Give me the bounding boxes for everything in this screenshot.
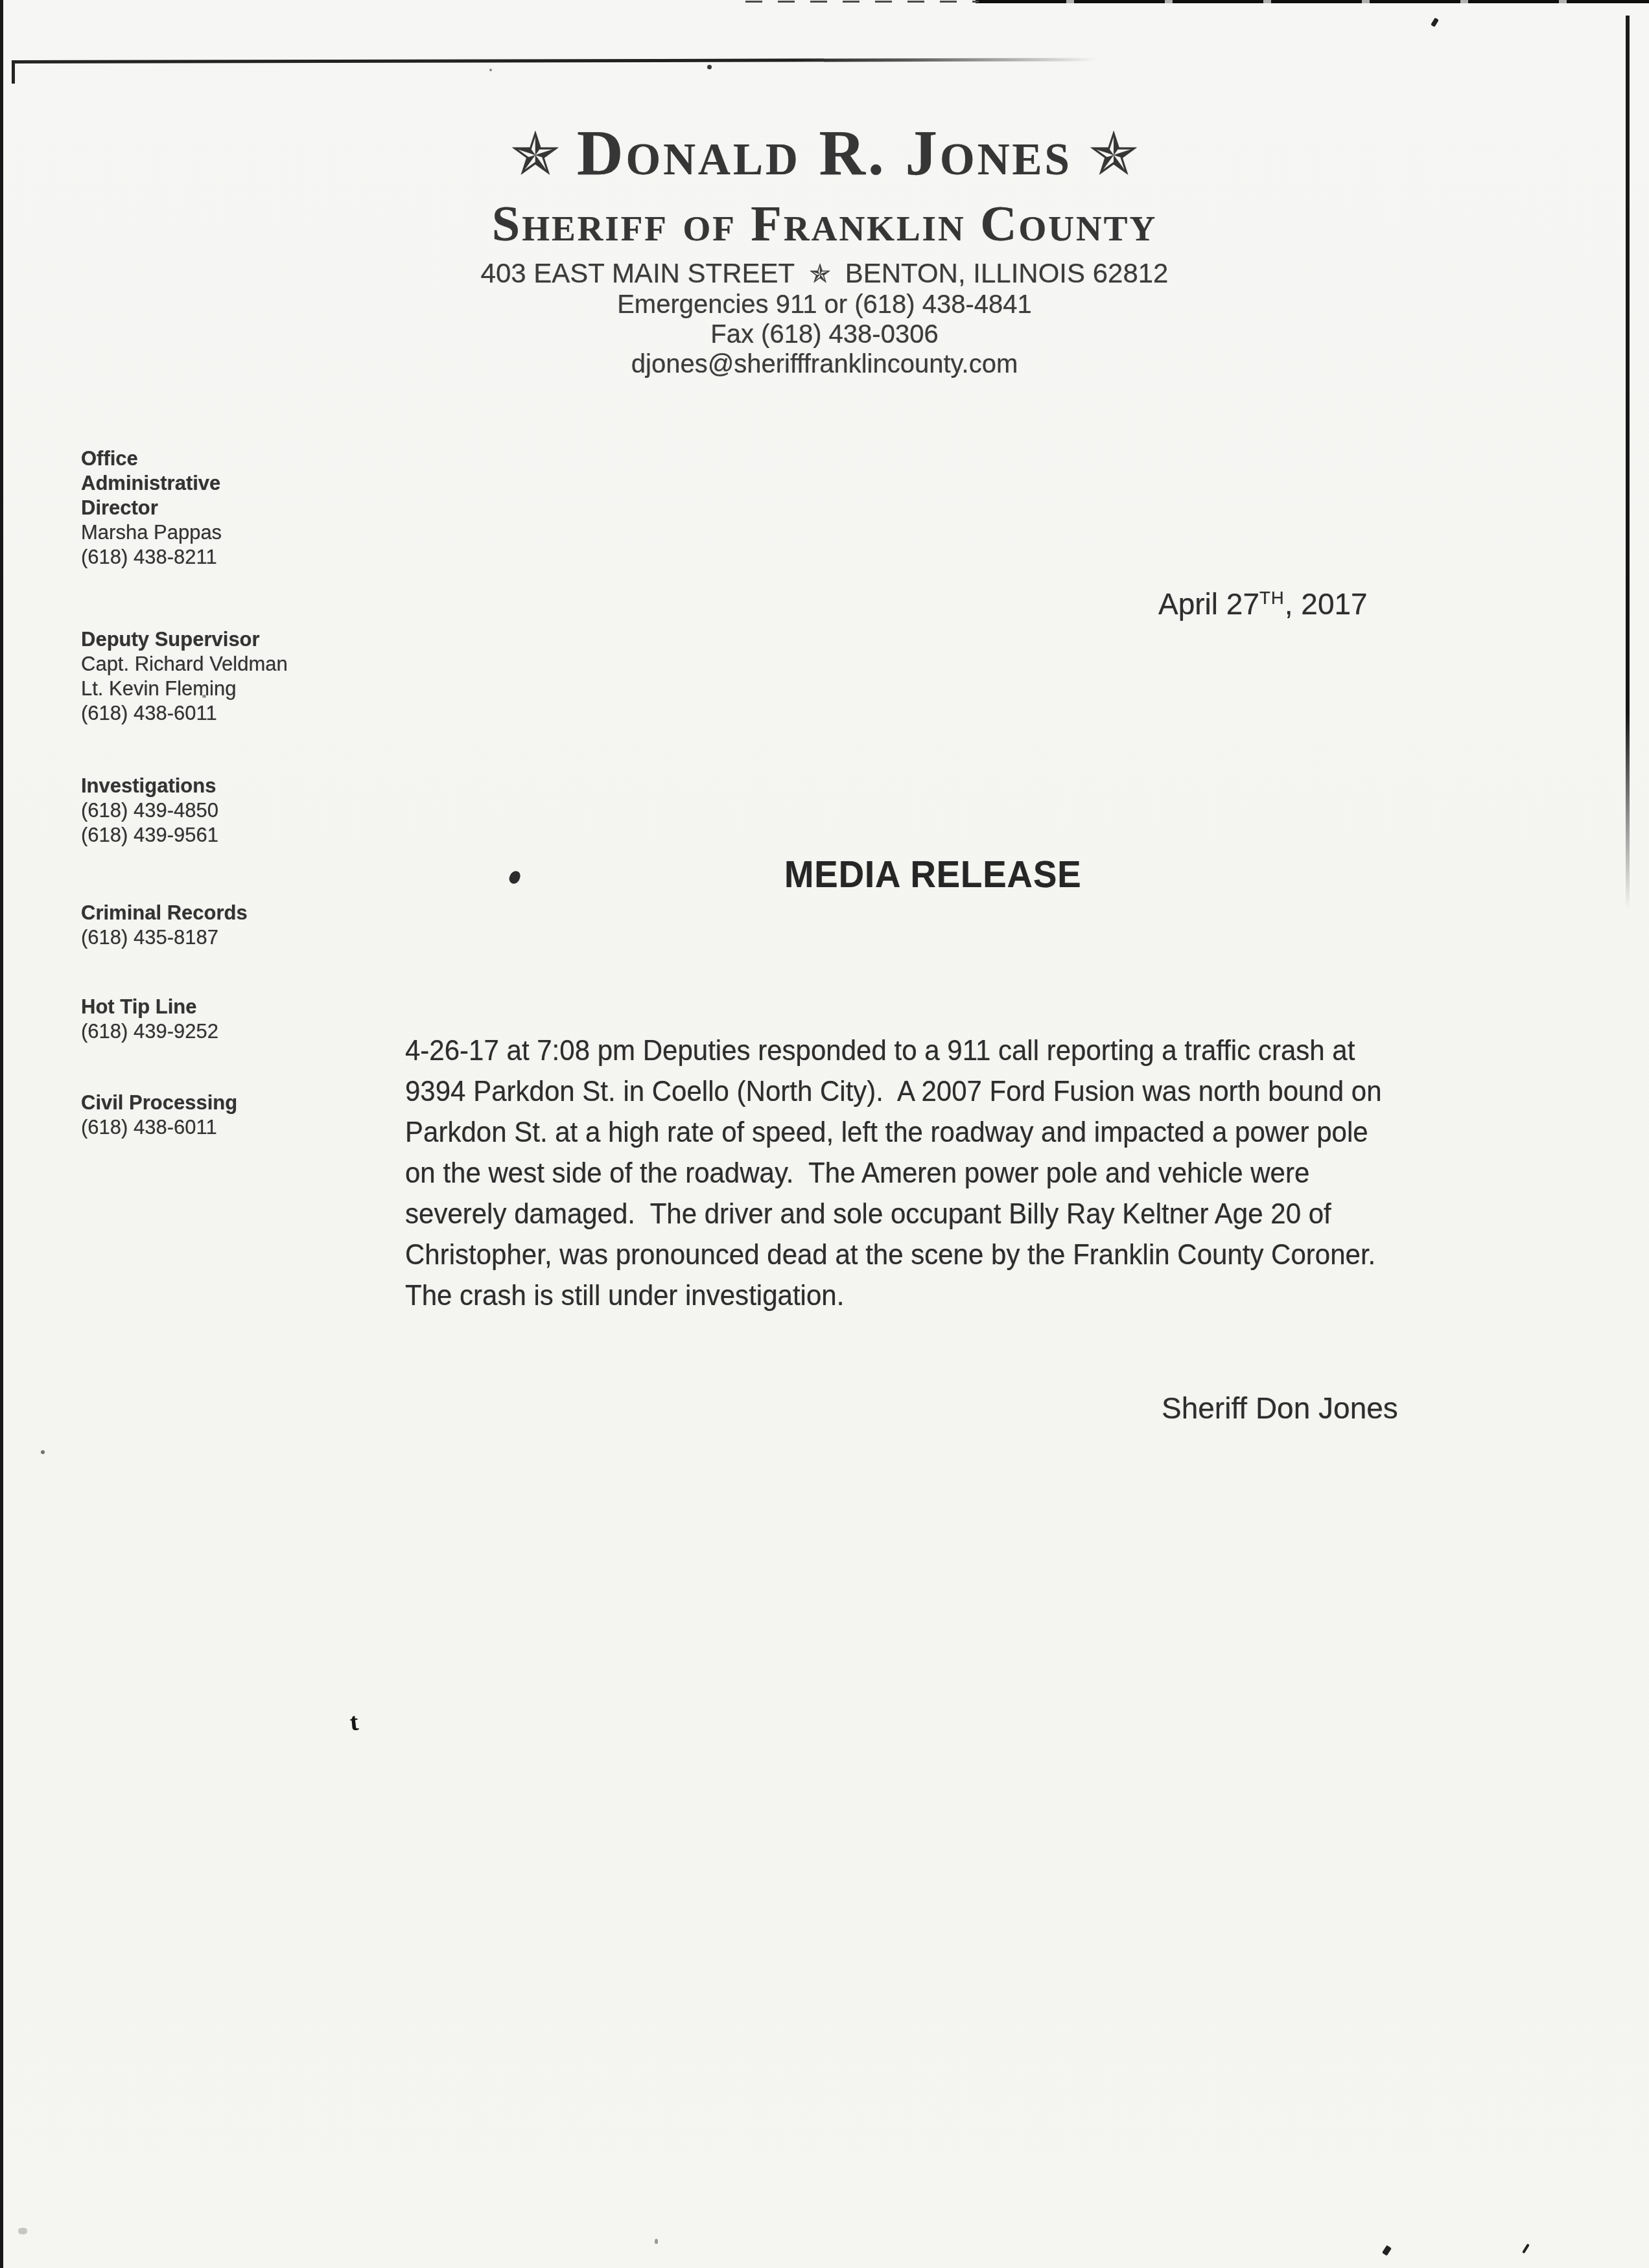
sidebar-phone: (618) 438-6011 (81, 1115, 237, 1140)
dust-speck (489, 69, 492, 71)
body-line: Parkdon St. at a high rate of speed, lef… (405, 1112, 1382, 1153)
dust-fleck (1431, 17, 1439, 27)
sidebar-label: Criminal Records (81, 901, 248, 925)
sidebar-group-criminal-records: Criminal Records (618) 435-8187 (81, 901, 248, 950)
smudge (18, 2228, 27, 2234)
sidebar-phone: (618) 435-8187 (81, 925, 248, 950)
sidebar-label: Investigations (81, 774, 218, 798)
sidebar-label: Administrative (81, 471, 222, 496)
letterhead-email: djones@sherifffranklincounty.com (0, 350, 1649, 379)
letterhead-fax: Fax (618) 438-0306 (0, 320, 1649, 349)
body-line: 9394 Parkdon St. in Coello (North City).… (405, 1071, 1382, 1112)
dust-fleck (1522, 2243, 1530, 2254)
sidebar-label: Hot Tip Line (81, 995, 218, 1019)
sidebar-label: Civil Processing (81, 1091, 237, 1115)
sidebar-contact-name: Lt. Kevin Fleming (81, 677, 288, 701)
address-street: 403 EAST MAIN STREET (481, 258, 795, 288)
date-month-day: April 27 (1158, 587, 1259, 621)
body-line: on the west side of the roadway. The Ame… (405, 1153, 1382, 1194)
sidebar-group-deputy-supervisor: Deputy Supervisor Capt. Richard Veldman … (81, 627, 288, 726)
sidebar-label: Office (81, 446, 222, 471)
sidebar-contact-name: Capt. Richard Veldman (81, 652, 288, 677)
sidebar-contact-name: Marsha Pappas (81, 520, 222, 545)
star-icon: ✯ (494, 122, 577, 187)
scan-top-edge-dashes (745, 1, 979, 3)
media-release-heading: MEDIA RELEASE (784, 853, 1082, 896)
sidebar-label: Director (81, 496, 222, 520)
dust-speck (707, 65, 712, 69)
letterhead-emergency-phone: Emergencies 911 or (618) 438-4841 (0, 290, 1649, 319)
dust-speck (41, 1450, 45, 1454)
release-body-paragraph: 4-26-17 at 7:08 pm Deputies responded to… (405, 1030, 1428, 1316)
sidebar-label: Deputy Supervisor (81, 627, 288, 652)
scanned-media-release-page: t ✯Donald R. Jones✯ Sheriff of Franklin … (0, 0, 1649, 2268)
date-year: , 2017 (1285, 587, 1368, 621)
sidebar-phone: (618) 438-6011 (81, 701, 288, 726)
sidebar-group-investigations: Investigations (618) 439-4850 (618) 439-… (81, 774, 218, 848)
signature-line: Sheriff Don Jones (1162, 1391, 1398, 1426)
scan-line-hook (12, 60, 15, 84)
body-line: Christopher, was pronounced dead at the … (405, 1234, 1382, 1275)
dust-fleck (1382, 2245, 1392, 2256)
sidebar-phone: (618) 439-9252 (81, 1019, 218, 1044)
scan-top-edge-line (976, 0, 1649, 3)
letter-date: April 27TH, 2017 (1158, 586, 1368, 621)
ink-blot (508, 870, 521, 885)
address-city: BENTON, ILLINOIS 62812 (845, 258, 1169, 288)
sidebar-phone: (618) 439-9561 (81, 823, 218, 848)
sidebar-phone: (618) 438-8211 (81, 545, 222, 570)
sidebar-group-civil-processing: Civil Processing (618) 438-6011 (81, 1091, 237, 1140)
letterhead-name: ✯Donald R. Jones✯ (0, 117, 1649, 190)
body-line: The crash is still under investigation. (405, 1275, 1382, 1316)
letterhead-office-title: Sheriff of Franklin County (0, 194, 1649, 253)
star-icon: ✯ (1072, 122, 1155, 187)
sidebar-group-hot-tip-line: Hot Tip Line (618) 439-9252 (81, 995, 218, 1044)
sheriff-name: Donald R. Jones (577, 118, 1072, 189)
stray-ink-mark: t (349, 1707, 360, 1737)
body-line: 4-26-17 at 7:08 pm Deputies responded to… (405, 1030, 1382, 1071)
star-icon: ✯ (795, 260, 845, 288)
letterhead-address: 403 EAST MAIN STREET✯BENTON, ILLINOIS 62… (0, 258, 1649, 289)
body-line: severely damaged. The driver and sole oc… (405, 1194, 1382, 1234)
scan-horizontal-line (12, 58, 1097, 64)
dust-speck (655, 2239, 658, 2244)
sidebar-phone: (618) 439-4850 (81, 798, 218, 823)
sidebar-group-office: Office Administrative Director Marsha Pa… (81, 446, 222, 570)
date-ordinal: TH (1259, 588, 1285, 608)
